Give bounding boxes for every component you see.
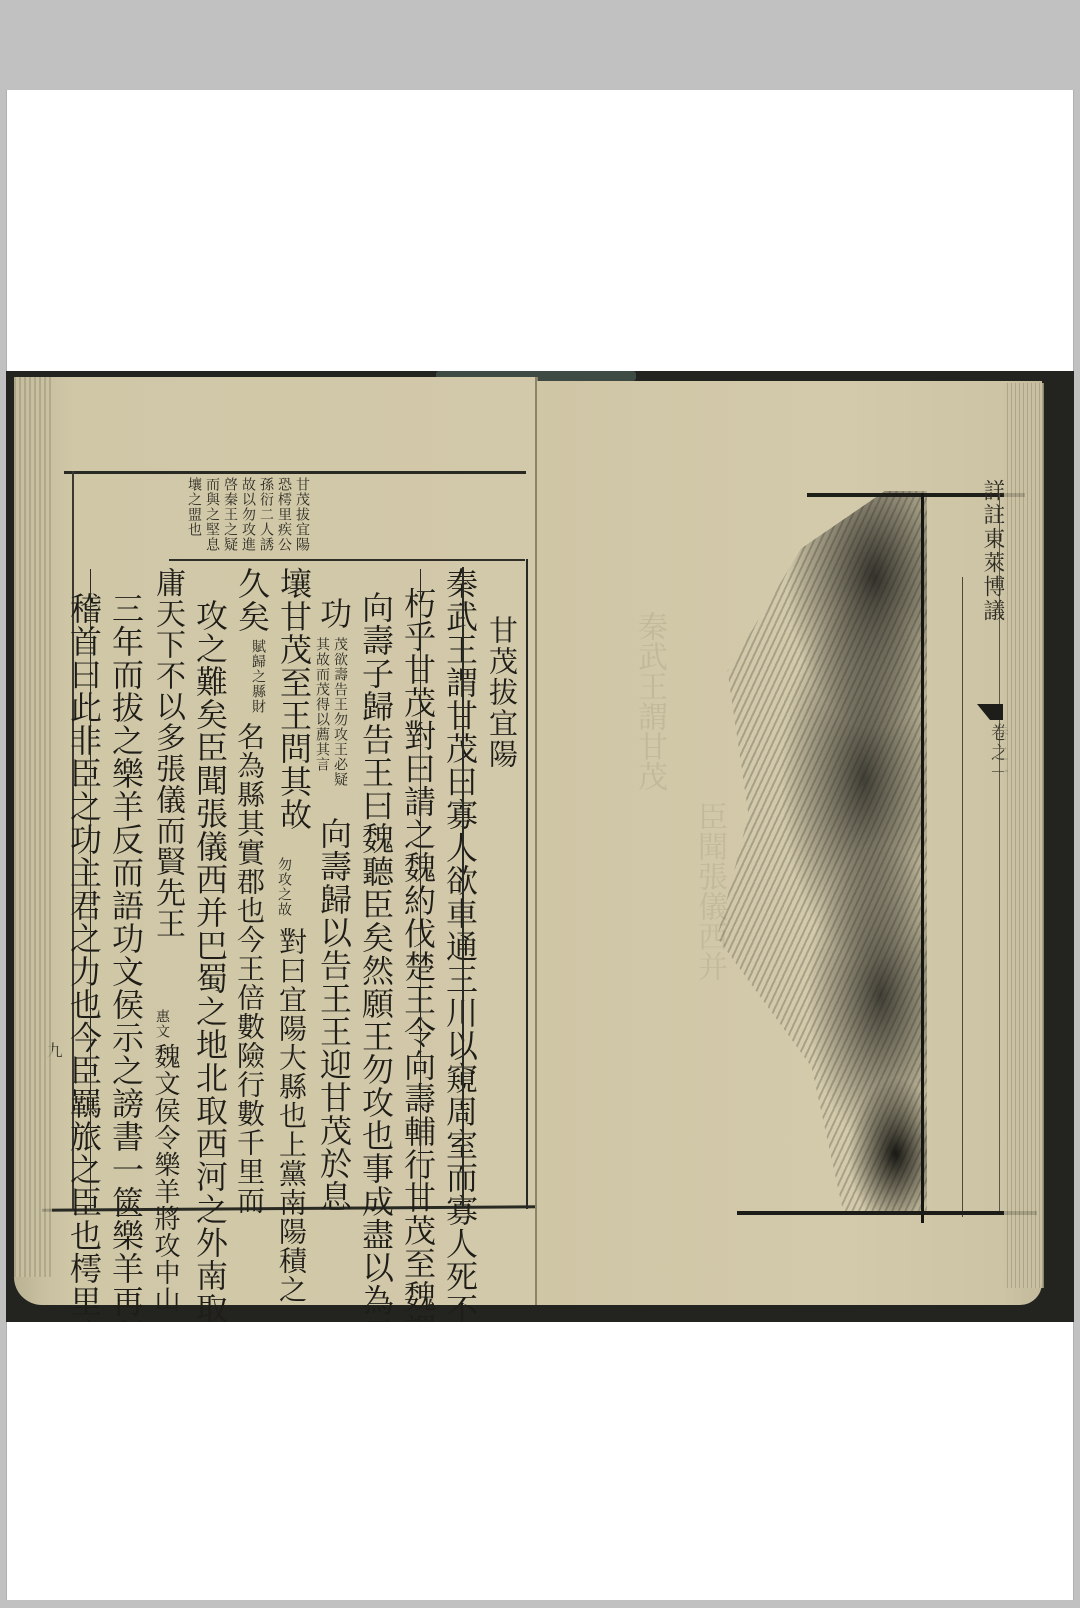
text-column: 對曰宜陽大縣也上黨南陽積之 bbox=[276, 927, 307, 1304]
head-note: 甘茂拔宜陽 bbox=[294, 477, 310, 552]
frame-right-border bbox=[526, 559, 528, 1209]
ink-smudge bbox=[717, 491, 927, 1211]
text-column: 壤甘茂至王問其故 bbox=[276, 567, 312, 831]
text-column: 朽乎甘茂對曰請之魏約伐楚王令向壽輔行甘茂至魏謂 bbox=[400, 587, 436, 1322]
right-frame-bottom bbox=[737, 1211, 1037, 1215]
fish-tail-mark-icon bbox=[977, 704, 1003, 720]
left-page: 甘茂拔宜陽 恐樗里疾公 孫衍二人誘 故以勿攻進 啓秦王之疑 而與之堅息 壤之盟也… bbox=[14, 377, 537, 1305]
text-column: 向壽歸以告王王迎甘茂於息 bbox=[316, 817, 352, 1213]
right-page-edges bbox=[1004, 383, 1044, 1288]
show-through-text: 臣聞張儀西并 bbox=[687, 801, 731, 981]
text-column: 稽首曰此非臣之功主君之力也今臣羈旅之臣也樗里疾 bbox=[66, 592, 102, 1322]
head-note: 孫衍二人誘 bbox=[258, 477, 274, 552]
column-rule bbox=[420, 569, 421, 1209]
frame-top-border bbox=[64, 471, 526, 474]
text-column: 攻之難矣臣聞張儀西并巴蜀之地北取西河之外南取上 bbox=[192, 599, 228, 1322]
head-note: 啓秦王之疑 bbox=[222, 477, 238, 552]
inline-note: 賦歸之縣財 bbox=[250, 639, 266, 714]
text-column: 功 bbox=[316, 597, 352, 637]
text-column: 秦武王謂甘茂曰寡人欲車通三川以窺周室而寡人死不 bbox=[442, 567, 478, 1322]
head-note: 恐樗里疾公 bbox=[276, 477, 292, 552]
margin-book-title: 詳註東萊博議 bbox=[980, 479, 1004, 623]
text-column: 名為縣其實郡也今王倍數險行數千里而 bbox=[234, 722, 265, 1215]
column-rule bbox=[90, 569, 91, 1209]
head-note: 而與之堅息 bbox=[204, 477, 220, 552]
show-through-text: 秦武王謂甘茂 bbox=[627, 611, 671, 791]
right-page: 秦武王謂甘茂 臣聞張儀西并 詳註東萊博議 卷之一 bbox=[537, 381, 1042, 1305]
frame-head-divider bbox=[169, 559, 525, 561]
inline-note: 勿攻之故 bbox=[276, 857, 292, 917]
text-column: 向壽子歸告王曰魏聽臣矣然願王勿攻也事成盡以為子 bbox=[358, 591, 394, 1322]
book-scan-image: 甘茂拔宜陽 恐樗里疾公 孫衍二人誘 故以勿攻進 啓秦王之疑 而與之堅息 壤之盟也… bbox=[6, 371, 1074, 1322]
text-column: 庸天下不以多張儀而賢先王 bbox=[150, 567, 184, 939]
text-column: 久矣 bbox=[234, 567, 270, 633]
right-frame-column-line bbox=[962, 577, 963, 1217]
inline-note: 茂欲壽告王勿攻王必疑 bbox=[332, 637, 348, 787]
text-column: 魏文侯令樂羊將攻中山 bbox=[150, 1043, 179, 1313]
section-title: 甘茂拔宜陽 bbox=[484, 615, 520, 770]
right-frame-left bbox=[921, 493, 924, 1223]
head-note: 壤之盟也 bbox=[186, 477, 202, 537]
text-column: 三年而拔之樂羊反而語功文侯示之謗書一篋樂羊再拜 bbox=[108, 592, 144, 1322]
column-rule bbox=[462, 567, 464, 1207]
inline-note: 惠文 bbox=[154, 1009, 170, 1039]
left-page-edges bbox=[14, 377, 52, 1277]
inline-note: 其故而茂得以薦其言 bbox=[314, 637, 330, 772]
head-note: 故以勿攻進 bbox=[240, 477, 256, 552]
